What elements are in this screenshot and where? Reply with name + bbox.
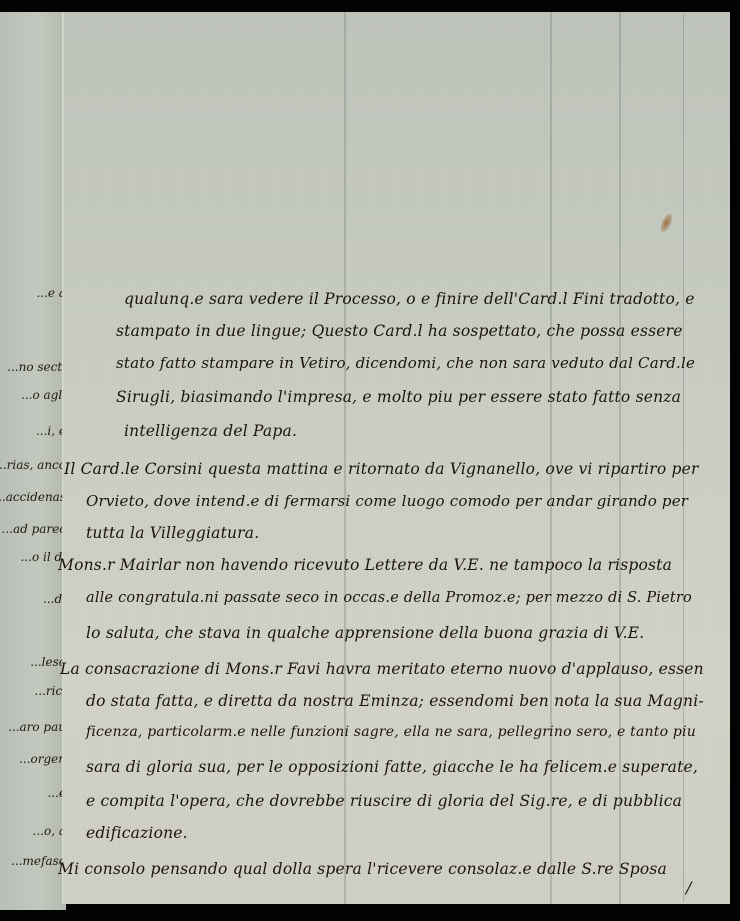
margin-fragment: ...o, a — [33, 824, 66, 838]
margin-fragment: ...accidenas — [0, 490, 66, 504]
letter-page: qualunq.e sara vedere il Processo, o e f… — [64, 12, 730, 904]
margin-fragment: ...rias, anco — [0, 458, 66, 472]
text-line: edificazione. — [86, 824, 188, 842]
text-line: ficenza, particolarm.e nelle funzioni sa… — [86, 724, 696, 740]
text-line: stampato in due lingue; Questo Card.l ha… — [116, 322, 683, 340]
text-line: qualunq.e sara vedere il Processo, o e f… — [124, 290, 695, 308]
margin-fragment: ...aro pau — [8, 720, 66, 734]
text-line: sara di gloria sua, per le opposizioni f… — [86, 758, 698, 776]
text-line: La consacrazione di Mons.r Favi havra me… — [60, 660, 704, 678]
ink-stain — [658, 212, 675, 234]
text-line: lo saluta, che stava in qualche apprensi… — [86, 624, 644, 642]
page-edge — [62, 12, 64, 904]
text-line: Sirugli, biasimando l'impresa, e molto p… — [116, 388, 681, 406]
underlying-page-strip: ...e a ...no secti ...o agli ...i, e ...… — [0, 12, 66, 910]
margin-fragment: ...no secti — [7, 360, 66, 374]
margin-fragment: ...o agli — [21, 388, 66, 402]
text-line: Il Card.le Corsini questa mattina e rito… — [64, 460, 699, 478]
text-line: Mi consolo pensando qual dolla spera l'r… — [58, 860, 667, 878]
text-line: e compita l'opera, che dovrebbe riuscire… — [86, 792, 682, 810]
text-line: alle congratula.ni passate seco in occas… — [86, 590, 692, 606]
text-line: Mons.r Mairlar non havendo ricevuto Lett… — [58, 556, 672, 574]
text-line: intelligenza del Papa. — [124, 422, 297, 440]
margin-fragment: ...ad parec — [2, 522, 67, 536]
margin-fragment: ...orgen — [19, 752, 66, 766]
page-continuation-mark: / — [686, 878, 691, 897]
text-line: stato fatto stampare in Vetiro, dicendom… — [116, 354, 695, 372]
text-line: Orvieto, dove intend.e di fermarsi come … — [86, 492, 688, 510]
text-line: do stata fatta, e diretta da nostra Emin… — [86, 692, 704, 710]
text-line: tutta la Villeggiatura. — [86, 524, 259, 542]
